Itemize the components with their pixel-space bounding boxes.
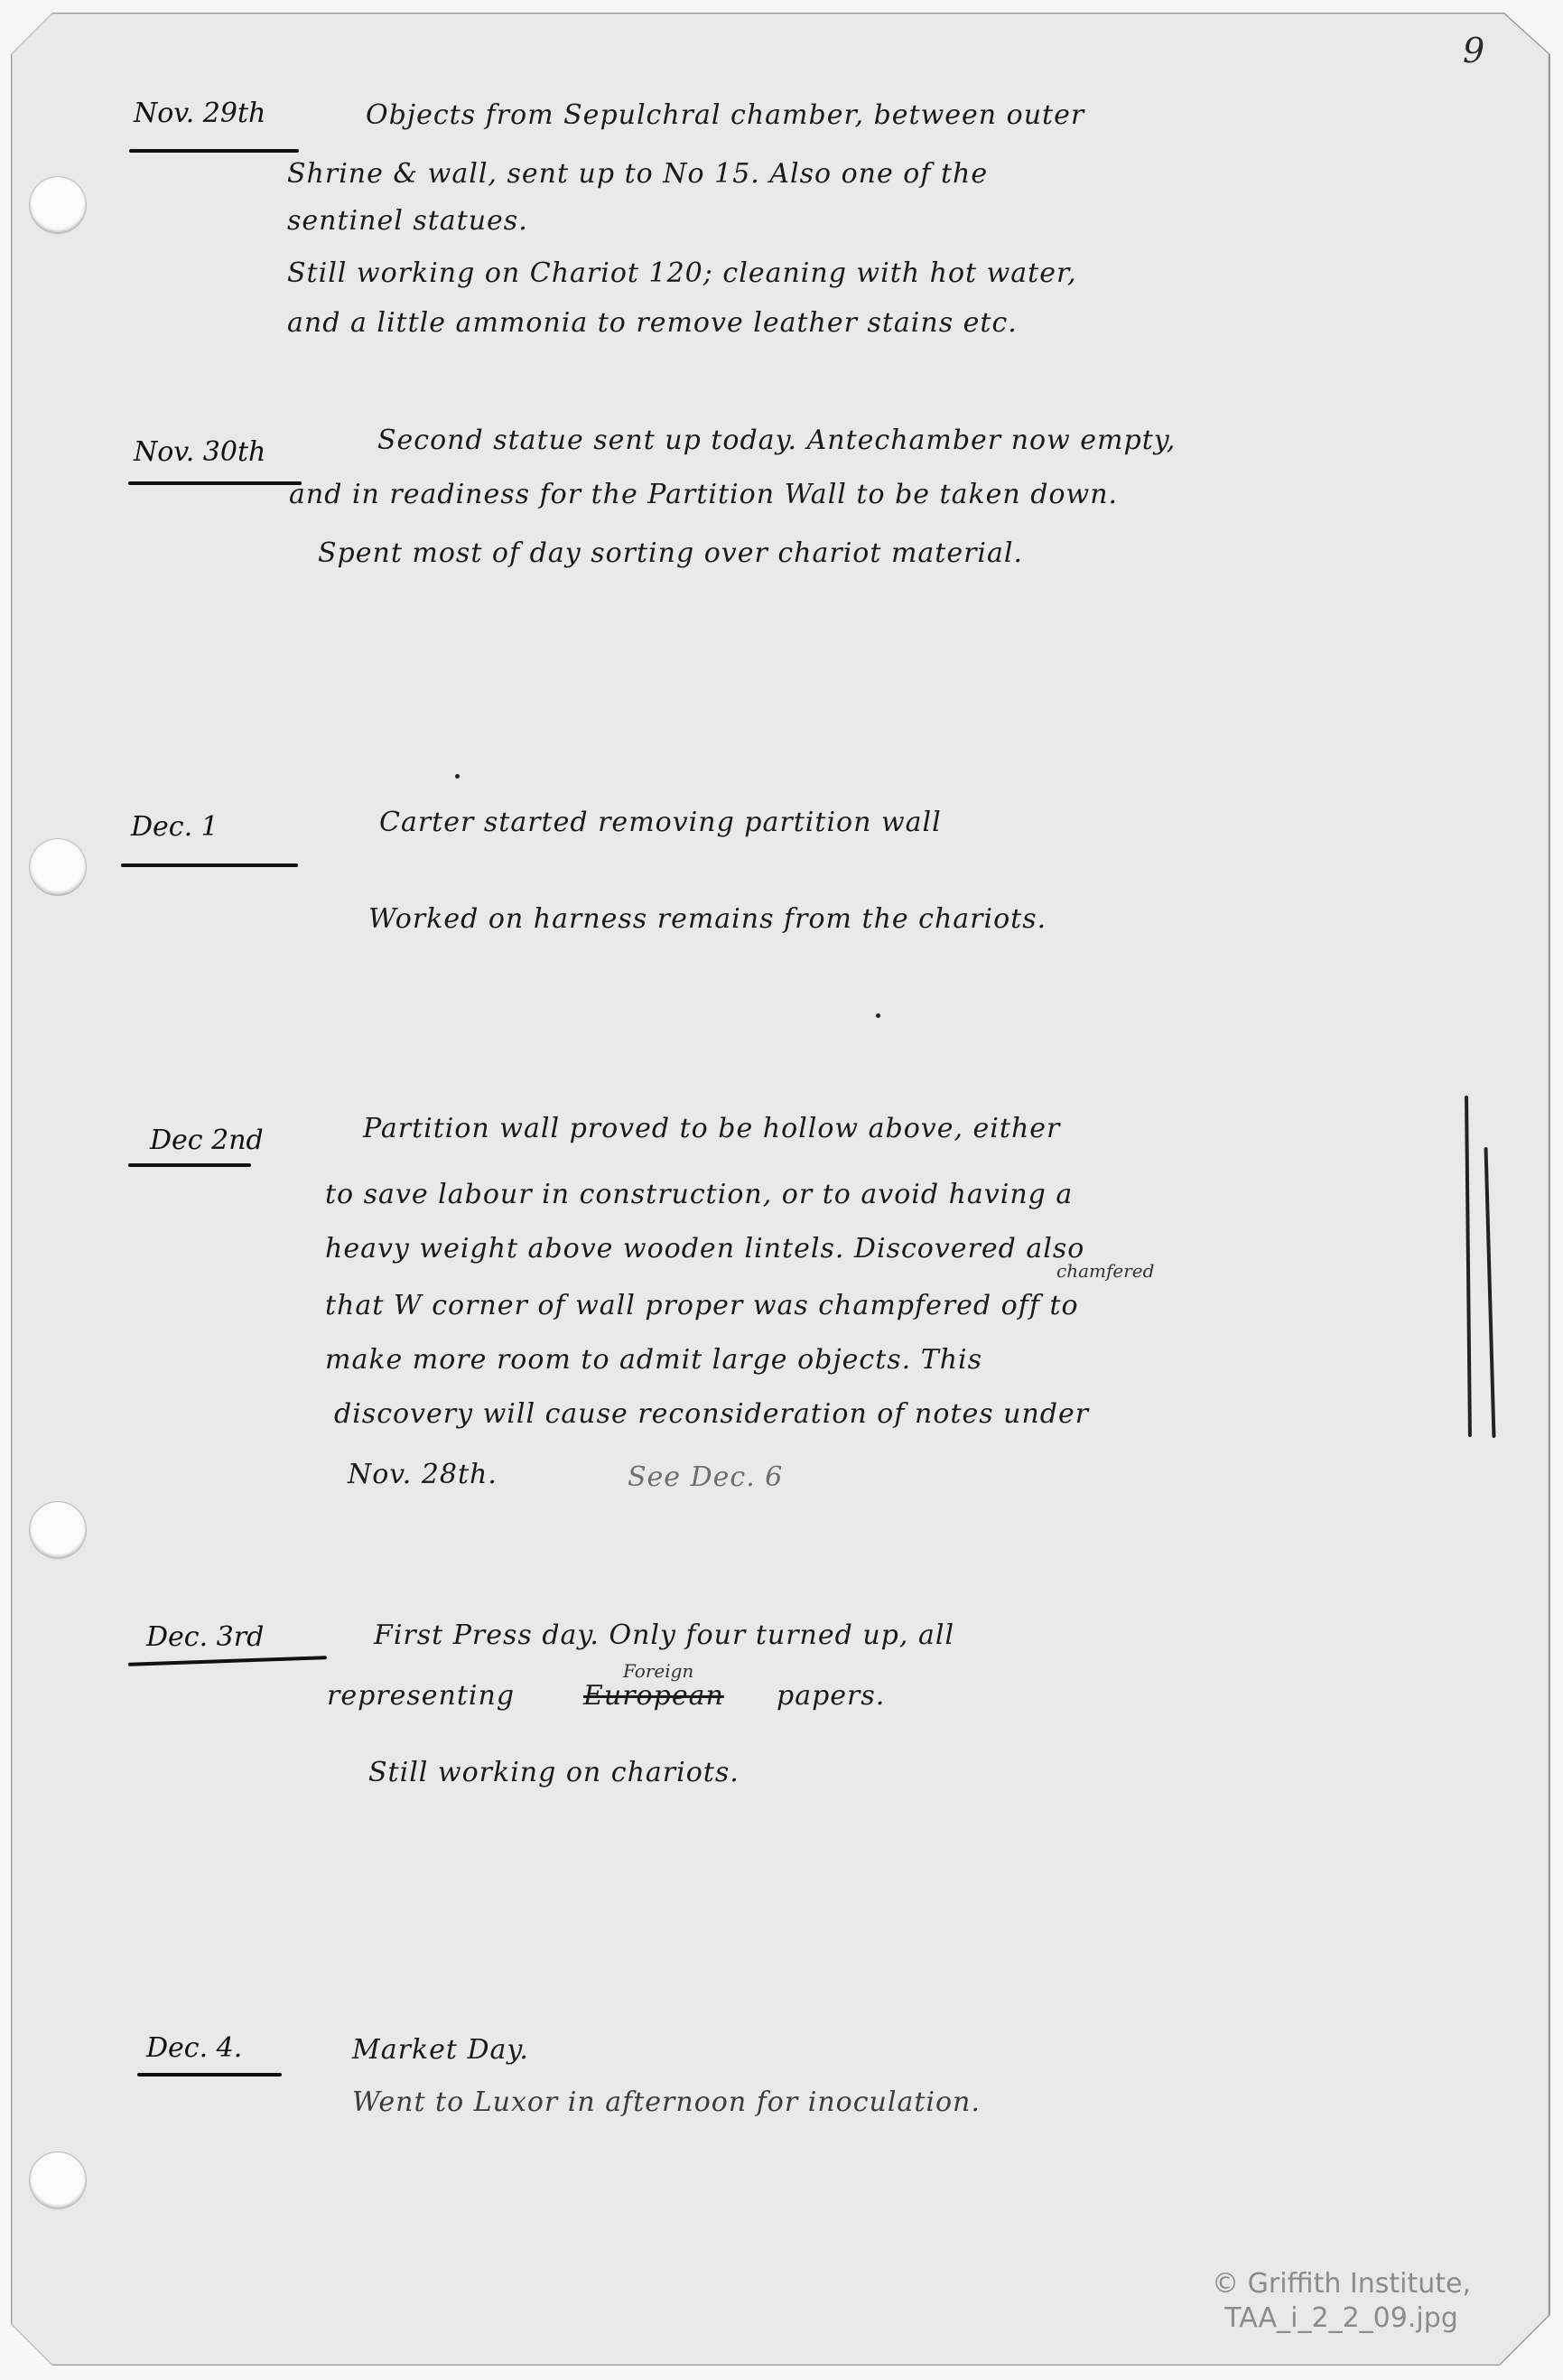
entry-line: Went to Luxor in afternoon for inoculati… <box>352 2086 981 2118</box>
entry-line: Spent most of day sorting over chariot m… <box>318 537 1023 569</box>
ink-dot <box>455 774 460 779</box>
entry-line: and a little ammonia to remove leather s… <box>287 307 1018 339</box>
entry-line: sentinel statues. <box>287 205 528 237</box>
date-underline <box>128 1163 251 1167</box>
entry-line: Second statue sent up today. Antechamber… <box>377 425 1176 456</box>
entry-line: make more room to admit large objects. T… <box>325 1344 982 1376</box>
entry-line: discovery will cause reconsideration of … <box>334 1398 1089 1430</box>
entry-line: Market Day. <box>352 2034 529 2066</box>
date-underline <box>121 863 298 867</box>
entry-date: Dec. 4. <box>146 2032 242 2064</box>
punch-hole <box>30 839 86 895</box>
copyright-watermark: © Griffith Institute, TAA_i_2_2_09.jpg <box>1212 2267 1471 2336</box>
entry-line: Shrine & wall, sent up to No 15. Also on… <box>287 158 988 190</box>
entry-line: Nov. 28th. <box>348 1459 498 1490</box>
watermark-line-2: TAA_i_2_2_09.jpg <box>1212 2301 1471 2336</box>
punch-hole <box>30 1502 86 1558</box>
watermark-line-1: © Griffith Institute, <box>1212 2267 1471 2301</box>
entry-line: to save labour in construction, or to av… <box>325 1179 1073 1210</box>
ink-dot <box>876 1013 880 1018</box>
entry-line: representing <box>327 1680 515 1712</box>
entry-date: Dec. 3rd <box>146 1621 264 1653</box>
inserted-word: Foreign <box>623 1660 693 1682</box>
date-underline <box>137 2073 282 2077</box>
entry-date: Dec 2nd <box>150 1125 264 1156</box>
entry-line: Carter started removing partition wall <box>379 807 942 838</box>
entry-date: Nov. 29th <box>134 98 265 129</box>
entry-date: Nov. 30th <box>134 436 265 468</box>
entry-line: that W corner of wall proper was champfe… <box>325 1290 1079 1321</box>
punch-hole <box>30 177 86 233</box>
entry-line: Partition wall proved to be hollow above… <box>363 1113 1060 1144</box>
entry-line: First Press day. Only four turned up, al… <box>374 1619 954 1651</box>
entry-line: Objects from Sepulchral chamber, between… <box>366 99 1084 131</box>
date-underline <box>129 149 299 153</box>
entry-line: heavy weight above wooden lintels. Disco… <box>325 1233 1084 1265</box>
entry-line: papers. <box>777 1680 885 1712</box>
entry-line: and in readiness for the Partition Wall … <box>289 479 1118 510</box>
date-underline <box>128 481 302 485</box>
punch-hole <box>30 2152 86 2208</box>
entry-date: Dec. 1 <box>131 811 219 843</box>
page-number: 9 <box>1463 31 1484 70</box>
entry-line: Still working on Chariot 120; cleaning w… <box>287 257 1077 289</box>
entry-line: Still working on chariots. <box>368 1757 740 1788</box>
struck-word: European <box>583 1680 724 1712</box>
pencil-note: See Dec. 6 <box>628 1461 783 1493</box>
inserted-correction: chamfered <box>1056 1260 1154 1282</box>
entry-line: Worked on harness remains from the chari… <box>368 903 1047 935</box>
